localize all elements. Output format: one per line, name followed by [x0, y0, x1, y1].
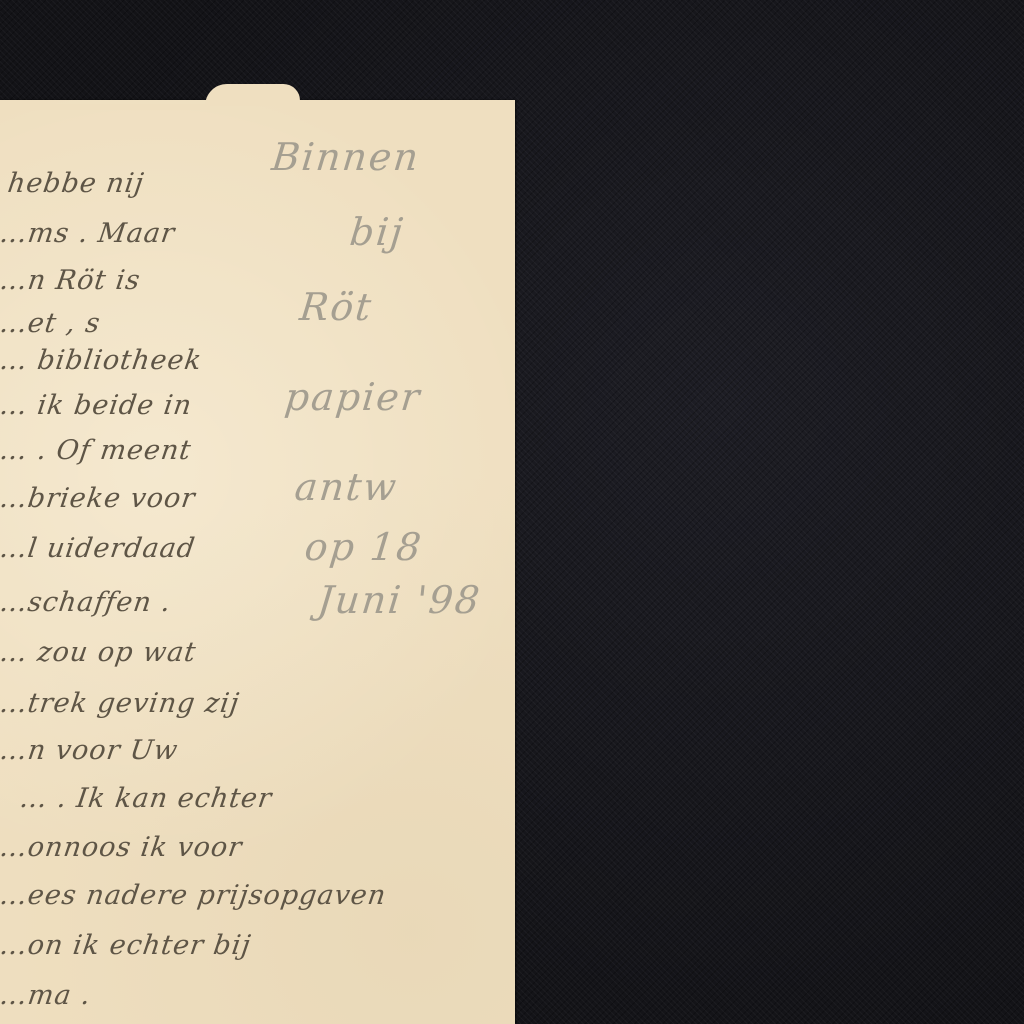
annotation-line: antw — [293, 465, 401, 509]
annotation-line: bij — [348, 210, 407, 254]
annotation-line: papier — [283, 375, 424, 419]
annotation-line: Juni '98 — [316, 578, 484, 622]
letter-line: …n Röt is — [0, 265, 143, 296]
letter-line: …n voor Uw — [0, 735, 180, 766]
letter-line: …et , s — [0, 308, 103, 339]
annotation-line: op 18 — [303, 525, 425, 569]
letter-line: …ees nadere prijsopgaven — [0, 880, 388, 911]
letter-line: …schaffen . — [0, 587, 173, 618]
letter-line: …ms . Maar — [0, 218, 177, 249]
letter-line: …brieke voor — [0, 483, 198, 514]
letter-line: … . Of meent — [0, 435, 193, 466]
letter-line: …onnoos ik voor — [0, 832, 244, 863]
letter-line: … . Ik kan echter — [18, 783, 274, 814]
letter-line: … bibliotheek — [0, 345, 204, 376]
annotation-line: Röt — [298, 285, 375, 329]
letter-line: …trek geving zij — [0, 688, 242, 719]
annotation-line: Binnen — [270, 135, 423, 179]
letter-line: … zou op wat — [0, 637, 198, 668]
letter-line: hebbe nij — [6, 168, 146, 199]
torn-edge-bump — [205, 84, 300, 106]
torn-edge — [0, 104, 210, 110]
letter-line: …ma . — [0, 980, 93, 1011]
letter-line: … ik beide in — [0, 390, 194, 421]
letter-line: …on ik echter bij — [0, 930, 253, 961]
letter-line: …l uiderdaad — [0, 533, 197, 564]
